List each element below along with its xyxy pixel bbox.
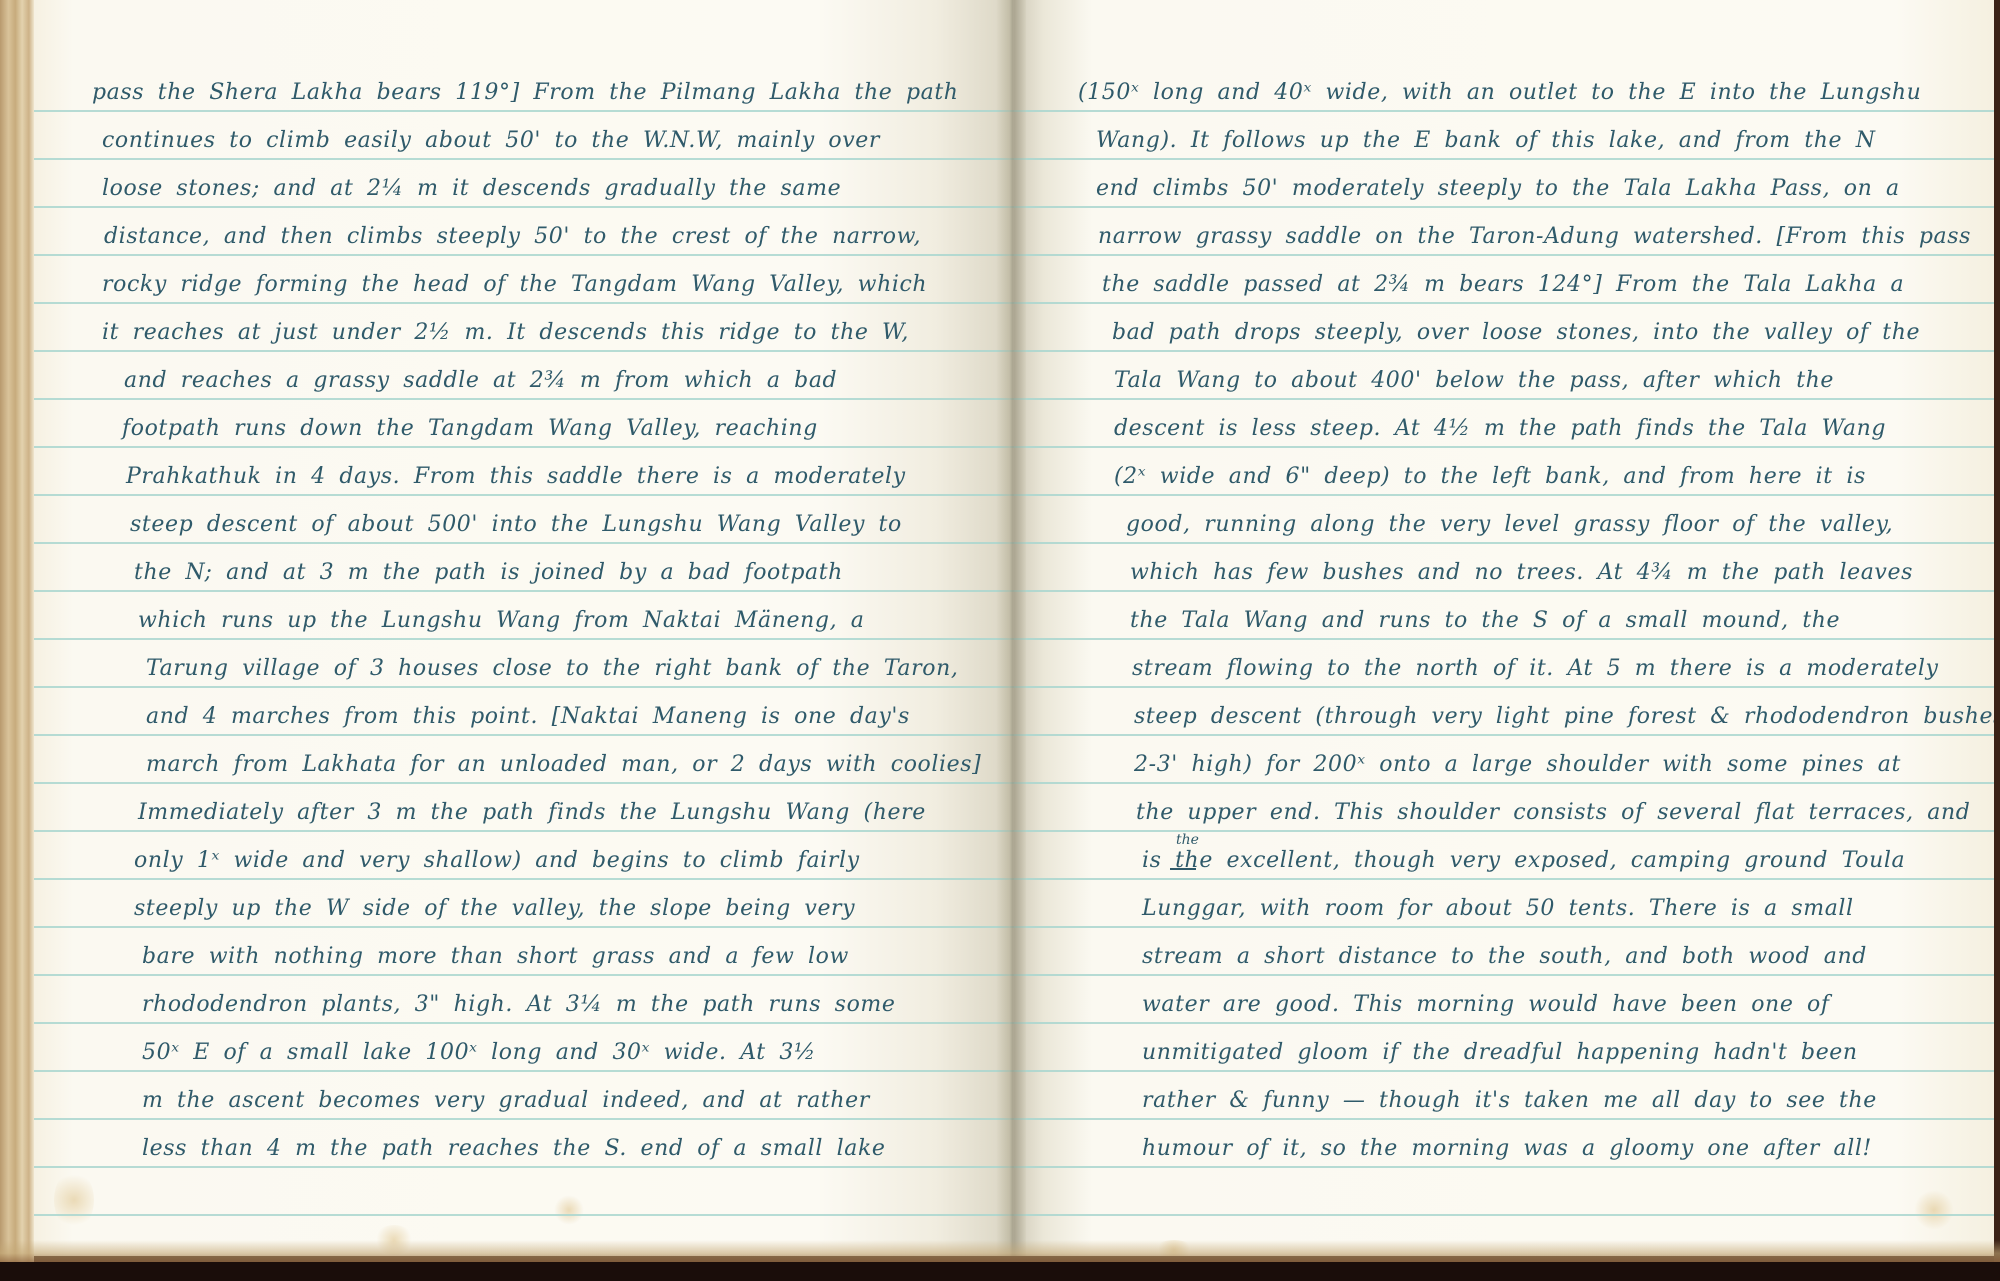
handwritten-line: water are good. This morning would have … — [1142, 992, 1830, 1017]
ruled-line — [34, 398, 1014, 400]
handwritten-line: rocky ridge forming the head of the Tang… — [102, 272, 927, 297]
ruled-line — [1014, 782, 1994, 784]
handwritten-line: steep descent of about 500' into the Lun… — [130, 512, 902, 537]
handwritten-line: steeply up the W side of the valley, the… — [134, 896, 855, 921]
ruled-line — [1014, 206, 1994, 208]
ruled-line — [1014, 494, 1994, 496]
handwritten-line: end climbs 50' moderately steeply to the… — [1096, 176, 1900, 201]
ruled-line — [34, 110, 1014, 112]
ruled-line — [1014, 638, 1994, 640]
foxing-stain — [1914, 1190, 1954, 1230]
handwritten-line: which has few bushes and no trees. At 4¾… — [1130, 560, 1913, 585]
ruled-line — [34, 1118, 1014, 1120]
ruled-line — [1014, 158, 1994, 160]
handwritten-line: Prahkathuk in 4 days. From this saddle t… — [126, 464, 906, 489]
ruled-line — [1014, 734, 1994, 736]
right-page: (150ˣ long and 40ˣ wide, with an outlet … — [1014, 0, 1994, 1256]
handwritten-line: m the ascent becomes very gradual indeed… — [142, 1088, 870, 1113]
ruled-line — [1014, 110, 1994, 112]
handwritten-line: bare with nothing more than short grass … — [142, 944, 849, 969]
ruled-line — [34, 302, 1014, 304]
handwritten-line: Tarung village of 3 houses close to the … — [146, 656, 958, 681]
ruled-line — [1014, 878, 1994, 880]
struck-word-mark — [1170, 868, 1196, 870]
handwritten-line: Immediately after 3 m the path finds the… — [138, 800, 926, 825]
ruled-line — [34, 878, 1014, 880]
ruled-line — [34, 350, 1014, 352]
handwritten-line: (2ˣ wide and 6" deep) to the left bank, … — [1114, 464, 1866, 489]
ruled-line — [1014, 1070, 1994, 1072]
ruled-line — [34, 494, 1014, 496]
ruled-line — [1014, 1166, 1994, 1168]
ruled-line — [34, 446, 1014, 448]
handwritten-line: distance, and then climbs steeply 50' to… — [104, 224, 921, 249]
handwritten-line: less than 4 m the path reaches the S. en… — [142, 1136, 886, 1161]
inserted-word: the — [1176, 832, 1199, 848]
ruled-line — [34, 974, 1014, 976]
foxing-stain — [554, 1195, 584, 1225]
handwritten-line: descent is less steep. At 4½ m the path … — [1114, 416, 1886, 441]
ruled-line — [1014, 1022, 1994, 1024]
ruled-line — [34, 158, 1014, 160]
ruled-line — [1014, 926, 1994, 928]
handwritten-line: humour of it, so the morning was a gloom… — [1142, 1136, 1872, 1161]
ruled-line — [34, 590, 1014, 592]
handwritten-line: narrow grassy saddle on the Taron-Adung … — [1098, 224, 1971, 249]
handwritten-line: which runs up the Lungshu Wang from Nakt… — [138, 608, 864, 633]
handwritten-line: (150ˣ long and 40ˣ wide, with an outlet … — [1078, 80, 1921, 105]
ruled-line — [34, 206, 1014, 208]
handwritten-line: is the excellent, though very exposed, c… — [1142, 848, 1905, 873]
ruled-line — [34, 542, 1014, 544]
handwritten-line: continues to climb easily about 50' to t… — [102, 128, 880, 153]
ruled-line — [1014, 686, 1994, 688]
handwritten-line: 2-3' high) for 200ˣ onto a large shoulde… — [1134, 752, 1901, 777]
ruled-line — [34, 1214, 1014, 1216]
handwritten-line: it reaches at just under 2½ m. It descen… — [102, 320, 909, 345]
ruled-line — [34, 830, 1014, 832]
ruled-line — [34, 254, 1014, 256]
handwritten-line: rather & funny — though it's taken me al… — [1142, 1088, 1877, 1113]
ruled-line — [34, 734, 1014, 736]
handwritten-line: bad path drops steeply, over loose stone… — [1112, 320, 1920, 345]
ruled-line — [1014, 254, 1994, 256]
handwritten-line: Wang). It follows up the E bank of this … — [1096, 128, 1876, 153]
handwritten-line: the Tala Wang and runs to the S of a sma… — [1130, 608, 1840, 633]
left-page: pass the Shera Lakha bears 119°] From th… — [34, 0, 1014, 1256]
handwritten-line: footpath runs down the Tangdam Wang Vall… — [122, 416, 818, 441]
handwritten-line: the N; and at 3 m the path is joined by … — [134, 560, 843, 585]
handwritten-line: Lunggar, with room for about 50 tents. T… — [1142, 896, 1854, 921]
handwritten-line: unmitigated gloom if the dreadful happen… — [1142, 1040, 1858, 1065]
handwritten-line: good, running along the very level grass… — [1126, 512, 1893, 537]
handwritten-line: the saddle passed at 2¾ m bears 124°] Fr… — [1102, 272, 1904, 297]
notebook-spread: pass the Shera Lakha bears 119°] From th… — [0, 0, 2000, 1262]
ruled-line — [1014, 350, 1994, 352]
handwritten-line: march from Lakhata for an unloaded man, … — [146, 752, 981, 777]
handwritten-line: 50ˣ E of a small lake 100ˣ long and 30ˣ … — [142, 1040, 816, 1065]
ruled-line — [1014, 830, 1994, 832]
ruled-line — [1014, 1118, 1994, 1120]
ruled-line — [1014, 1214, 1994, 1216]
ruled-line — [1014, 398, 1994, 400]
ruled-line — [1014, 974, 1994, 976]
handwritten-line: and reaches a grassy saddle at 2¾ m from… — [124, 368, 837, 393]
ruled-line — [34, 1022, 1014, 1024]
ruled-line — [1014, 302, 1994, 304]
page-stack-edge — [0, 0, 34, 1262]
ruled-line — [34, 1070, 1014, 1072]
handwritten-line: loose stones; and at 2¼ m it descends gr… — [102, 176, 841, 201]
handwritten-line: stream a short distance to the south, an… — [1142, 944, 1867, 969]
handwritten-line: the upper end. This shoulder consists of… — [1136, 800, 1970, 825]
foxing-stain — [54, 1170, 94, 1230]
ruled-line — [34, 638, 1014, 640]
cover-edge — [1994, 0, 2000, 1262]
ruled-line — [34, 926, 1014, 928]
ruled-line — [34, 782, 1014, 784]
ruled-line — [1014, 446, 1994, 448]
ruled-line — [1014, 590, 1994, 592]
ruled-line — [1014, 542, 1994, 544]
handwritten-line: pass the Shera Lakha bears 119°] From th… — [92, 80, 959, 105]
handwritten-line: only 1ˣ wide and very shallow) and begin… — [134, 848, 860, 873]
handwritten-line: steep descent (through very light pine f… — [1134, 704, 1994, 729]
ruled-line — [34, 1166, 1014, 1168]
page-bottom-edge — [0, 1240, 2000, 1262]
handwritten-line: Tala Wang to about 400' below the pass, … — [1114, 368, 1834, 393]
handwritten-line: rhododendron plants, 3" high. At 3¼ m th… — [142, 992, 896, 1017]
handwritten-line: and 4 marches from this point. [Naktai M… — [146, 704, 910, 729]
ruled-line — [34, 686, 1014, 688]
handwritten-line: stream flowing to the north of it. At 5 … — [1132, 656, 1939, 681]
